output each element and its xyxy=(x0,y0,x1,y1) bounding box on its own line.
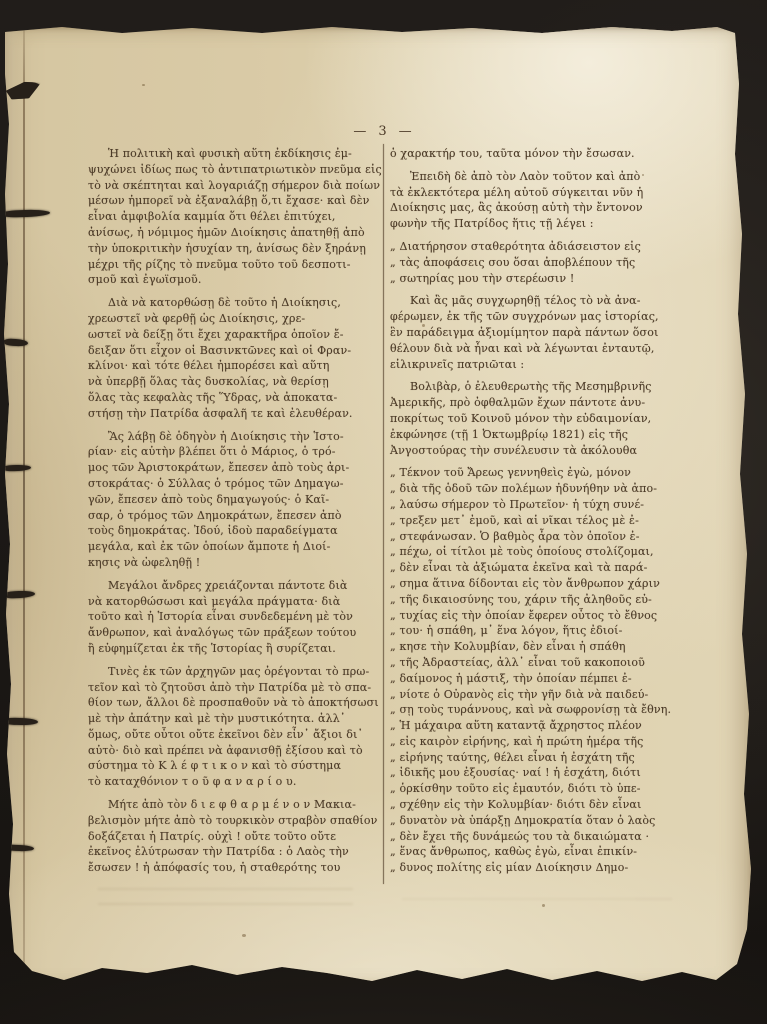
text-line: μέσων ἠμπορεῖ νὰ ἐξαναλάβῃ ὅ,τι ἔχασε· κ… xyxy=(88,193,382,209)
text-line: σαρ, ὁ τρόμος τῶν Δημοκράτων, ἔπεσεν ἀπὸ xyxy=(88,508,382,524)
paragraph: „ Διατήρησον σταθερότητα ἀδιάσειστον εἰς… xyxy=(390,239,690,286)
page-number-dash: — xyxy=(353,124,367,139)
text-line: „ τρεξεν μετ᾽ ἐμοῦ, καὶ αἱ νῖκαι τέλος μ… xyxy=(390,513,690,529)
paragraph: Ἐπειδὴ δὲ ἀπὸ τὸν Λαὸν τοῦτον καὶ ἀπὸτὰ … xyxy=(390,169,690,232)
binding-stitch xyxy=(4,590,35,599)
text-line: ωστεῖ νὰ δείξῃ ὅτι ἔχει χαρακτῆρα ὁποῖον… xyxy=(88,327,382,343)
text-line: „ δὲν ἔχει τῆς δυνάμεώς του τὰ δικαιώματ… xyxy=(390,829,690,845)
binding-stitch xyxy=(4,844,34,851)
text-line: ἔσωσεν ! ἡ ἀπόφασίς του, ἡ σταθερότης το… xyxy=(88,860,382,876)
text-line: Μήτε ἀπὸ τὸν δ ι ε φ θ α ρ μ έ ν ο ν Μακ… xyxy=(88,797,382,813)
text-line: „ του· ἡ σπάθη, μ᾽ ἕνα λόγον, ἥτις ἐδιοί… xyxy=(390,623,690,639)
text-line: „ εἰς καιρὸν εἰρήνης, καὶ ἡ πρώτη ἡμέρα … xyxy=(390,734,690,750)
text-line: τοὺς δημοκράτας. Ἰδού, ἰδοὺ παραδείγματα xyxy=(88,523,382,539)
text-line: νὰ ὑπερβῇ ὅλας τὰς δυσκολίας, νὰ θερίσῃ xyxy=(88,374,382,390)
text-line: μος τῶν Ἀριστοκράτων, ἔπεσεν ἀπὸ τοὺς ἀρ… xyxy=(88,460,382,476)
text-line: τὸ καταχθόνιον τ ο ῦ φ α ν α ρ ί ο υ. xyxy=(88,774,382,790)
text-column-right: ὁ χαρακτήρ του, ταῦτα μόνον τὴν ἔσωσαν.Ἐ… xyxy=(390,146,690,876)
text-line: ἀνίσως, ἡ νόμιμος ἡμῶν Διοίκησις ἀπατηθῇ… xyxy=(88,225,382,241)
text-line: „ σῃ τοὺς τυράννους, καὶ νὰ σωφρονίσῃ τὰ… xyxy=(390,702,690,718)
text-line: μεγάλα, καὶ ἐκ τῶν ὁποίων ἄμποτε ἡ Διοί- xyxy=(88,539,382,555)
text-line: τὴν ὑποκριτικὴν ἡσυχίαν τη, ἀνίσως δὲν ξ… xyxy=(88,241,382,257)
text-line: „ νίοτε ὁ Οὐρανὸς εἰς τὴν γῆν διὰ νὰ παι… xyxy=(390,687,690,703)
text-line: „ Ἡ μάχαιρα αὕτη καταντᾷ ἄχρηστος πλέον xyxy=(390,718,690,734)
paragraph: Τινὲς ἐκ τῶν ἀρχηγῶν μας ὀρέγονται τὸ πρ… xyxy=(88,664,382,790)
text-line: ψυχώνει ἰδίως πως τὸ ἀντιπατριωτικὸν πνε… xyxy=(88,162,382,178)
text-line: ὁ χαρακτήρ του, ταῦτα μόνον τὴν ἔσωσαν. xyxy=(390,146,690,162)
text-line: στήσῃ τὴν Πατρίδα ἀσφαλῆ τε καὶ ἐλευθέρα… xyxy=(88,406,382,422)
text-line: θίον των, ἄλλοι δὲ προσπαθοῦν νὰ τὸ ἀποκ… xyxy=(88,695,382,711)
text-line: „ δαίμονος ἡ μάστιξ, τὴν ὁποίαν πέμπει ἐ… xyxy=(390,671,690,687)
text-column-left: Ἡ πολιτικὴ καὶ φυσικὴ αὕτη ἐκδίκησις ἐμ-… xyxy=(88,146,382,876)
text-line: „ πέχω, οἱ τίτλοι μὲ τοὺς ὁποίους στολίζ… xyxy=(390,544,690,560)
text-line: στοκράτας· ὁ Σύλλας ὁ τρόμος τῶν Δημαγω- xyxy=(88,476,382,492)
text-line: „ ὁρκίσθην τοῦτο εἰς ἐμαυτόν, διότι τὸ ὑ… xyxy=(390,781,690,797)
ink-bleedthrough xyxy=(98,888,353,918)
ink-bleedthrough xyxy=(402,898,672,912)
text-line: σμοῦ καὶ ἐγωϊσμοῦ. xyxy=(88,272,382,288)
text-line: „ σημα ἅτινα δίδονται εἰς τὸν ἄνθρωπον χ… xyxy=(390,576,690,592)
foxing-speck xyxy=(142,84,145,86)
scan-background: — 3 — Ἡ πολιτικὴ καὶ φυσικὴ αὕτη ἐκδίκησ… xyxy=(0,0,767,1024)
text-line: εἰλικρινεῖς πατριῶται : xyxy=(390,357,690,373)
text-line: Ἂς λάβῃ δὲ ὁδηγὸν ἡ Διοίκησις τὴν Ἱστο- xyxy=(88,429,382,445)
text-line: ἄνθρωπον, καὶ ἀναλόγως τῶν πράξεων τούτο… xyxy=(88,625,382,641)
text-line: αὐτὸ· διὸ καὶ πρέπει νὰ ἀφανισθῇ ἐξίσου … xyxy=(88,743,382,759)
text-line: Μεγάλοι ἄνδρες χρειάζονται πάντοτε διὰ xyxy=(88,578,382,594)
text-line: κλίνοι· καὶ τότε θέλει ἠμπορέσει καὶ αὕτ… xyxy=(88,358,382,374)
foxing-speck xyxy=(542,904,545,907)
page-number-value: 3 xyxy=(378,124,387,139)
text-line: Βολιβὰρ, ὁ ἐλευθερωτὴς τῆς Μεσημβρινῆς xyxy=(390,379,690,395)
paragraph: Ἂς λάβῃ δὲ ὁδηγὸν ἡ Διοίκησις τὴν Ἱστο-ρ… xyxy=(88,429,382,571)
text-line: βελισμὸν μήτε ἀπὸ τὸ τουρκικὸν στραβὸν σ… xyxy=(88,813,382,829)
text-line: ἢ εὐφημίζεται ἐκ τῆς Ἱστορίας ἢ συρίζετα… xyxy=(88,641,382,657)
text-line: Τινὲς ἐκ τῶν ἀρχηγῶν μας ὀρέγονται τὸ πρ… xyxy=(88,664,382,680)
text-line: ἐκεῖνος ἐλύτρωσαν τὴν Πατρίδα : ὁ Λαὸς τ… xyxy=(88,844,382,860)
text-line: „ τῆς δικαιοσύνης του, χάριν τῆς ἀληθοῦς… xyxy=(390,592,690,608)
text-line: κησις νὰ ὠφεληθῇ ! xyxy=(88,555,382,571)
column-divider-rule xyxy=(383,144,384,884)
foxing-speck xyxy=(642,174,644,176)
text-line: τὰ ἐκλεκτότερα μέλη αὐτοῦ σύγκειται νῦν … xyxy=(390,185,690,201)
binding-stitch xyxy=(3,465,31,472)
text-line: „ δὲν εἶναι τὰ ἀξιώματα ἐκεῖνα καὶ τὰ πα… xyxy=(390,560,690,576)
text-line: φωνὴν τῆς Πατρίδος ἥτις τῇ λέγει : xyxy=(390,216,690,232)
paragraph: Ἡ πολιτικὴ καὶ φυσικὴ αὕτη ἐκδίκησις ἐμ-… xyxy=(88,146,382,288)
text-line: τὸ νὰ σκέπτηται καὶ λογαριάζῃ σήμερον δι… xyxy=(88,178,382,194)
text-line: „ τυχίας εἰς τὴν ὁποίαν ἔφερεν οὗτος τὸ … xyxy=(390,608,690,624)
binding-stitch xyxy=(3,718,38,726)
text-line: χρεωστεῖ νὰ φερθῇ ὡς Διοίκησις, χρε- xyxy=(88,311,382,327)
text-line: θέλουν διὰ νὰ ἦναι καὶ νὰ λέγωνται ἐνταυ… xyxy=(390,341,690,357)
text-line: „ τὰς ἀποφάσεις σου ὅσαι ἀποβλέπουν τῆς xyxy=(390,255,690,271)
text-line: σύστημα τὸ Κ λ έ φ τ ι κ ο ν καὶ τὸ σύστ… xyxy=(88,758,382,774)
foxing-speck xyxy=(422,324,425,327)
text-line: Διοίκησις μας, ἂς ἀκούσῃ αὐτὴ τὴν ἔντονο… xyxy=(390,200,690,216)
text-line: τοῦτο καὶ ἡ Ἱστορία εἶναι συνδεδεμένη μὲ… xyxy=(88,609,382,625)
text-line: „ Τέκνον τοῦ Ἄρεως γεννηθεὶς ἐγὼ, μόνον xyxy=(390,465,690,481)
text-line: „ λαύσω σήμερον τὸ Πρωτεῖον· ἡ τύχη συνέ… xyxy=(390,497,690,513)
text-line: „ διὰ τῆς ὁδοῦ τῶν πολέμων ἠδυνήθην νὰ ἀ… xyxy=(390,481,690,497)
text-line: Ἡ πολιτικὴ καὶ φυσικὴ αὕτη ἐκδίκησις ἐμ- xyxy=(88,146,382,162)
paragraph: Μεγάλοι ἄνδρες χρειάζονται πάντοτε διὰνὰ… xyxy=(88,578,382,657)
text-line: τεῖον καὶ τὸ ζητοῦσι ἀπὸ τὴν Πατρίδα μὲ … xyxy=(88,680,382,696)
text-line: μὲ τὴν ἀπάτην καὶ μὲ τὴν μυστικότητα. ἀλ… xyxy=(88,711,382,727)
paragraph: Διὰ νὰ κατορθώσῃ δὲ τοῦτο ἡ Διοίκησις,χρ… xyxy=(88,295,382,421)
text-line: „ σχέθην εἰς τὴν Κολυμβίαν· διότι δὲν εἶ… xyxy=(390,797,690,813)
text-line: Ἀνγοστούρας τὴν συνέλευσιν τὰ ἀκόλουθα xyxy=(390,443,690,459)
page-number-dash: — xyxy=(399,124,413,139)
text-line: „ δυνατὸν νὰ ὑπάρξῃ Δημοκρατία ὅταν ὁ λα… xyxy=(390,813,690,829)
text-line: εἶναι ἀμφιβολία καμμία ὅτι θέλει ἐπιτύχε… xyxy=(88,209,382,225)
text-line: φέρωμεν, ἐκ τῆς τῶν συγχρόνων μας ἱστορί… xyxy=(390,309,690,325)
text-line: Ἀμερικῆς, πρὸ ὀφθαλμῶν ἔχων πάντοτε ἀνυ- xyxy=(390,395,690,411)
text-line: ρίαν· εἰς αὐτὴν βλέπει ὅτι ὁ Μάριος, ὁ τ… xyxy=(88,444,382,460)
binding-stitch xyxy=(2,209,50,218)
text-line: „ σωτηρίας μου τὴν στερέωσιν ! xyxy=(390,271,690,287)
text-line: Ἐπειδὴ δὲ ἀπὸ τὸν Λαὸν τοῦτον καὶ ἀπὸ xyxy=(390,169,690,185)
text-line: δοξάζεται ἡ Πατρίς. οὐχὶ ! οὔτε τοῦτο οὔ… xyxy=(88,829,382,845)
text-line: „ ἕνας ἄνθρωπος, καθὼς ἐγὼ, εἶναι ἐπικίν… xyxy=(390,844,690,860)
text-line: „ εἰρήνης ταύτης, θέλει εἶναι ἡ ἐσχάτη τ… xyxy=(390,750,690,766)
text-line: Καὶ ἂς μᾶς συγχωρηθῇ τέλος τὸ νὰ ἀνα- xyxy=(390,293,690,309)
paragraph: „ Τέκνον τοῦ Ἄρεως γεννηθεὶς ἐγὼ, μόνον„… xyxy=(390,465,690,876)
page-number: — 3 — xyxy=(313,124,453,139)
text-line: ὅλας τὰς κεφαλὰς τῆς Ὕδρας, νὰ ἀποκατα- xyxy=(88,390,382,406)
text-line: ἓν παράδειγμα ἀξιομίμητον παρὰ πάντων ὅσ… xyxy=(390,325,690,341)
text-line: „ δυνος πολίτης εἰς μίαν Διοίκησιν Δημο- xyxy=(390,860,690,876)
text-line: „ στεφάνωσαν. Ὁ βαθμὸς ἆρα τὸν ὁποῖον ἐ- xyxy=(390,529,690,545)
paragraph: Καὶ ἂς μᾶς συγχωρηθῇ τέλος τὸ νὰ ἀνα-φέρ… xyxy=(390,293,690,372)
text-line: μέχρι τῆς ρίζης τὸ πνεῦμα τοῦτο τοῦ δεσπ… xyxy=(88,257,382,273)
text-line: δειξαν ὅτι εἶχον οἱ Βασινκτῶνες καὶ οἱ Φ… xyxy=(88,343,382,359)
text-line: Διὰ νὰ κατορθώσῃ δὲ τοῦτο ἡ Διοίκησις, xyxy=(88,295,382,311)
text-line: νὰ κατορθώσωσι καὶ μεγάλα πράγματα· διὰ xyxy=(88,594,382,610)
text-line: „ Διατήρησον σταθερότητα ἀδιάσειστον εἰς xyxy=(390,239,690,255)
foxing-speck xyxy=(242,934,246,937)
paragraph: ὁ χαρακτήρ του, ταῦτα μόνον τὴν ἔσωσαν. xyxy=(390,146,690,162)
newspaper-page: — 3 — Ἡ πολιτικὴ καὶ φυσικὴ αὕτη ἐκδίκησ… xyxy=(2,24,754,992)
text-line: ἐκφώνησε (τῇ 1 Ὀκτωμβρίῳ 1821) εἰς τῆς xyxy=(390,427,690,443)
text-line: „ ἰδικῆς μου ἐξουσίας· ναί ! ἡ ἐσχάτη, δ… xyxy=(390,765,690,781)
text-line: γῶν, ἔπεσεν ἀπὸ τοὺς δημαγωγούς· ὁ Καῖ- xyxy=(88,492,382,508)
text-line: ποκρίτως τοῦ Κοινοῦ μόνον τὴν εὐδαιμονία… xyxy=(390,411,690,427)
paragraph: Μήτε ἀπὸ τὸν δ ι ε φ θ α ρ μ έ ν ο ν Μακ… xyxy=(88,797,382,876)
text-line: „ τῆς Ἀδραστείας, ἀλλ᾽ εἶναι τοῦ κακοποι… xyxy=(390,655,690,671)
text-line: „ κησε τὴν Κολυμβίαν, δὲν εἶναι ἡ σπάθη xyxy=(390,639,690,655)
paragraph: Βολιβὰρ, ὁ ἐλευθερωτὴς τῆς ΜεσημβρινῆςἈμ… xyxy=(390,379,690,458)
text-line: ὅμως, οὔτε οὗτοι οὔτε ἐκεῖνοι δὲν εἶν᾽ ἄ… xyxy=(88,727,382,743)
